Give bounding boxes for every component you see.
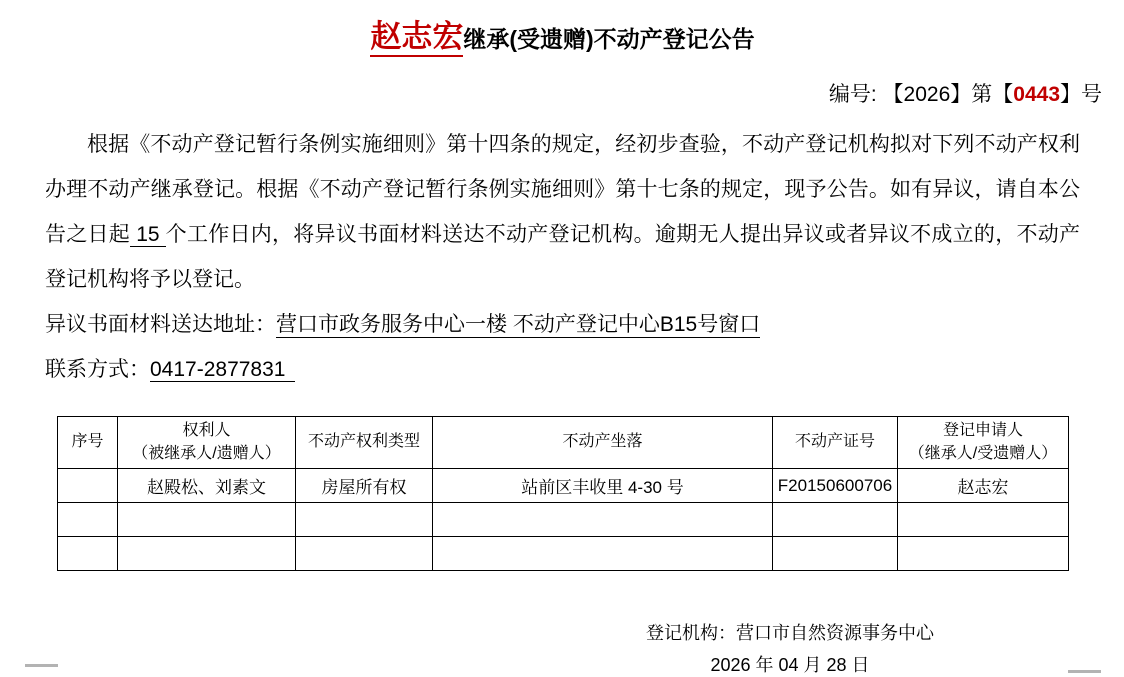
address-value: 营口市政务服务中心一楼 不动产登记中心B15号窗口: [276, 313, 760, 338]
doc-number-line: 编号: 【2026】第【0443】号: [45, 80, 1102, 110]
cell-empty: [58, 503, 118, 537]
title-heir-name: 赵志宏: [370, 19, 463, 57]
cell-empty: [296, 537, 433, 571]
cell-empty: [773, 537, 898, 571]
table-row-empty: [58, 537, 1069, 571]
cell-empty: [433, 503, 773, 537]
contact-phone-value: 0417-2877831: [150, 358, 295, 382]
signature-block: 登记机构：营口市自然资源事务中心 2026 年 04 月 28 日: [646, 617, 934, 677]
doc-number-value: 0443: [1013, 83, 1060, 106]
notice-body: 根据《不动产登记暂行条例实施细则》第十四条的规定，经初步查验，不动产登记机构拟对…: [45, 122, 1080, 392]
title-suffix: 继承(受遗赠)不动产登记公告: [463, 26, 754, 52]
notice-document: 赵志宏继承(受遗赠)不动产登记公告 编号: 【2026】第【0443】号 根据《…: [0, 0, 1124, 677]
header-right-holder: 权利人 （被继承人/遗赠人）: [118, 417, 296, 469]
notice-date: 2026 年 04 月 28 日: [646, 649, 934, 677]
cell-empty: [118, 503, 296, 537]
cell-seq-no: [58, 469, 118, 503]
header-certificate-no: 不动产证号: [773, 417, 898, 469]
cell-empty: [118, 537, 296, 571]
objection-days-value: 15: [130, 223, 166, 247]
cell-empty: [898, 503, 1069, 537]
table-header-row: 序号 权利人 （被继承人/遗赠人） 不动产权利类型 不动产坐落 不动产证号 登记…: [58, 417, 1069, 469]
table-row: 赵殿松、刘素文 房屋所有权 站前区丰收里 4-30 号 F20150600706…: [58, 469, 1069, 503]
edge-artifact-right: [1068, 670, 1101, 673]
cell-empty: [773, 503, 898, 537]
header-applicant: 登记申请人 （继承人/受遗赠人）: [898, 417, 1069, 469]
notice-paragraph: 根据《不动产登记暂行条例实施细则》第十四条的规定，经初步查验，不动产登记机构拟对…: [45, 122, 1080, 302]
contact-line: 联系方式：0417-2877831: [45, 347, 1080, 392]
header-seq-no: 序号: [58, 417, 118, 469]
address-label: 异议书面材料送达地址：: [45, 313, 276, 336]
registration-agency: 登记机构：营口市自然资源事务中心: [646, 617, 934, 649]
cell-empty: [58, 537, 118, 571]
property-registration-table: 序号 权利人 （被继承人/遗赠人） 不动产权利类型 不动产坐落 不动产证号 登记…: [57, 416, 1069, 571]
header-property-location: 不动产坐落: [433, 417, 773, 469]
doc-number-prefix: 编号: 【2026】第【: [829, 83, 1013, 106]
cell-applicant: 赵志宏: [898, 469, 1069, 503]
header-right-type: 不动产权利类型: [296, 417, 433, 469]
edge-artifact-left: [25, 664, 58, 667]
doc-number-suffix: 】号: [1060, 83, 1102, 106]
cell-right-holder: 赵殿松、刘素文: [118, 469, 296, 503]
cell-property-location: 站前区丰收里 4-30 号: [433, 469, 773, 503]
contact-label: 联系方式：: [45, 358, 150, 381]
cell-empty: [898, 537, 1069, 571]
table-row-empty: [58, 503, 1069, 537]
cell-empty: [296, 503, 433, 537]
cell-certificate-no: F20150600706: [773, 469, 898, 503]
paragraph-text-2: 个工作日内，将异议书面材料送达不动产登记机构。逾期无人提出异议或者异议不成立的，…: [45, 223, 1080, 291]
cell-empty: [433, 537, 773, 571]
objection-address-line: 异议书面材料送达地址：营口市政务服务中心一楼 不动产登记中心B15号窗口: [45, 302, 1080, 347]
page-title: 赵志宏继承(受遗赠)不动产登记公告: [45, 16, 1080, 64]
cell-right-type: 房屋所有权: [296, 469, 433, 503]
